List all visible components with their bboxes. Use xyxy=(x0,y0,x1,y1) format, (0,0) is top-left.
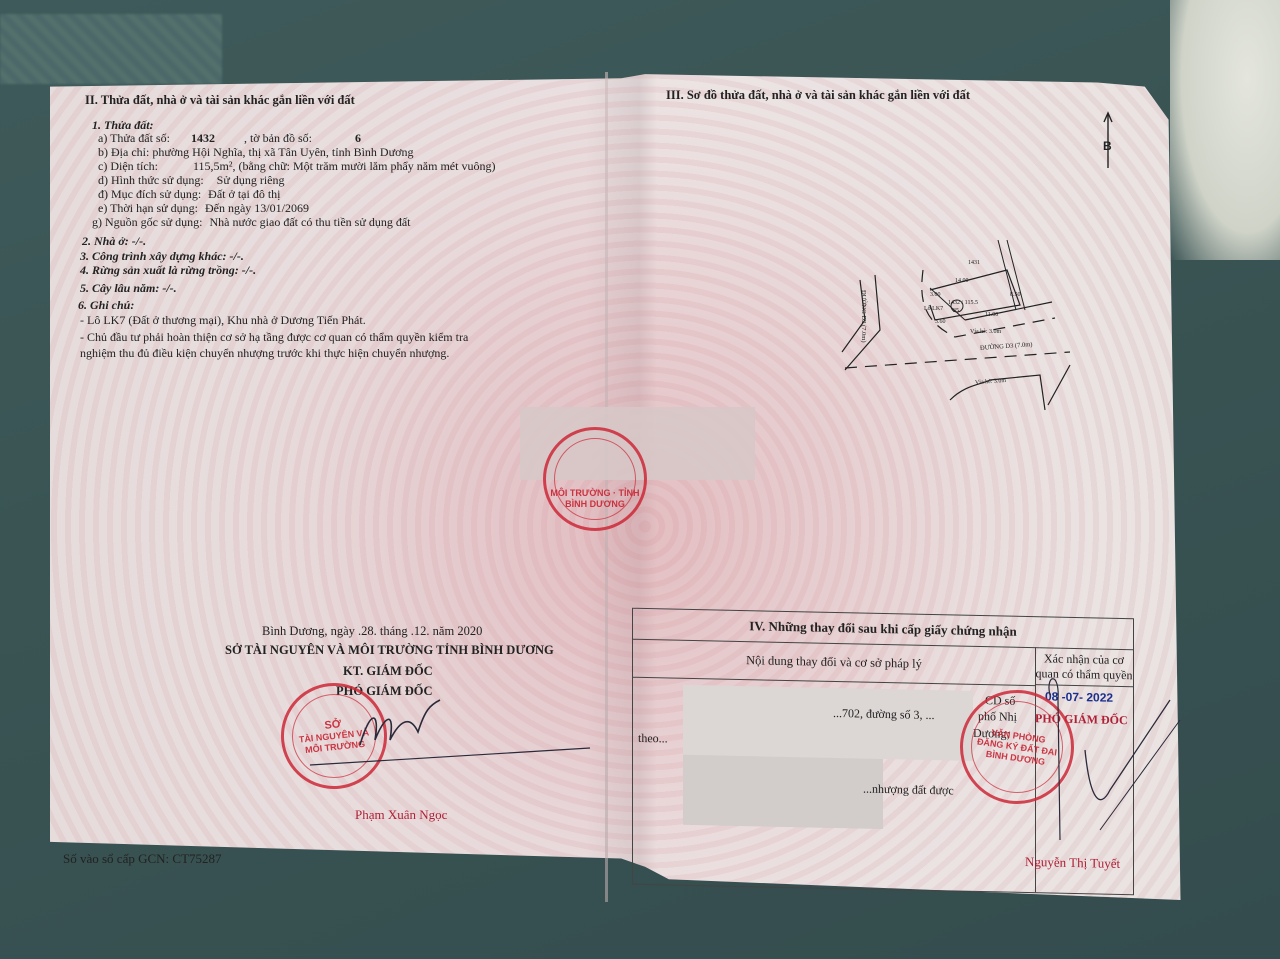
content-fragment-transfer: ...nhượng đất được xyxy=(863,782,954,798)
north-label: B xyxy=(1103,139,1112,153)
address-value: phường Hội Nghĩa, thị xã Tân Uyên, tỉnh … xyxy=(152,145,413,159)
dim-left: 3.00 xyxy=(930,288,941,302)
redacted-region xyxy=(0,14,222,84)
house-item: 2. Nhà ở: -/-. xyxy=(82,234,146,248)
place-date: Bình Dương, ngày .28. tháng .12. năm 202… xyxy=(262,624,482,638)
content-fragment-theo: theo... xyxy=(638,731,668,746)
neighbor-parcel: 1431 xyxy=(968,256,980,270)
signer-role-1: KT. GIÁM ĐỐC xyxy=(343,664,433,678)
dim-bottom: 11.00 xyxy=(985,308,998,322)
parcel-heading: 1. Thửa đất: xyxy=(92,118,154,132)
address-row: b) Địa chỉ: phường Hội Nghĩa, thị xã Tân… xyxy=(98,145,413,159)
center-stamp: MÔI TRƯỜNG · TỈNH BÌNH DƯƠNG xyxy=(543,427,647,531)
sidewalk-label: Vỉa hè: 3.0m xyxy=(970,325,1001,339)
note-line-3: nghiệm thu đủ điều kiện chuyển nhượng tr… xyxy=(80,346,449,360)
confirm-signature-scribble xyxy=(1030,660,1190,860)
area-row: c) Diện tích: 115,5m², (bằng chữ: Một tr… xyxy=(98,159,495,173)
sidewalk-label-2: Vỉa hè: 3.0m xyxy=(975,374,1007,390)
other-construction-item: 3. Công trình xây dựng khác: -/-. xyxy=(80,249,244,263)
dim-top: 14.00 xyxy=(955,274,969,288)
road-d2-label: ĐƯỜNG D2 (7.0m) xyxy=(856,290,870,343)
section-iii-title: III. Sơ đồ thửa đất, nhà ở và tài sản kh… xyxy=(666,88,970,102)
parcel-num: 35 xyxy=(953,304,959,318)
parcel-number-row: a) Thửa đất số: 1432 , tờ bản đồ số: 6 xyxy=(98,131,361,145)
redacted-content-2 xyxy=(683,755,883,829)
col-content-header: Nội dung thay đổi và cơ sở pháp lý xyxy=(633,639,1035,686)
dim-right: 8.50 xyxy=(1010,288,1021,302)
use-purpose-row: đ) Mục đích sử dụng: Đất ở tại đô thị xyxy=(98,187,281,201)
section-ii-title: II. Thửa đất, nhà ở và tài sản khác gắn … xyxy=(85,93,355,107)
forest-item: 4. Rừng sản xuất là rừng trồng: -/-. xyxy=(80,263,256,277)
dim-corner: 3.60 xyxy=(935,315,946,329)
redacted-content-1 xyxy=(683,685,973,761)
origin-row: g) Nguồn gốc sử dụng: Nhà nước giao đất … xyxy=(92,215,410,229)
registry-number: Số vào sổ cấp GCN: CT75287 xyxy=(63,852,222,866)
perennial-item: 5. Cây lâu năm: -/-. xyxy=(80,281,177,295)
area-value: 115,5m², (bằng chữ: Một trăm mười lăm ph… xyxy=(193,159,495,173)
parcel-number: 1432 xyxy=(191,131,215,145)
note-line-2: - Chủ đầu tư phải hoàn thiện cơ sở hạ tầ… xyxy=(80,330,468,344)
content-fragment-address: ...702, đường số 3, ... xyxy=(833,706,935,722)
use-form-row: d) Hình thức sử dụng: Sử dụng riêng xyxy=(98,173,285,187)
issuing-agency: SỞ TÀI NGUYÊN VÀ MÔI TRƯỜNG TỈNH BÌNH DƯ… xyxy=(225,643,554,657)
lot-label: Lô LK7 xyxy=(924,302,943,316)
notes-heading: 6. Ghi chú: xyxy=(78,298,134,312)
use-term-row: e) Thời hạn sử dụng: Đến ngày 13/01/2069 xyxy=(98,201,309,215)
background-fabric xyxy=(1170,0,1280,260)
signature-scribble xyxy=(300,690,600,770)
map-sheet-number: 6 xyxy=(355,131,361,145)
left-signer-name: Phạm Xuân Ngọc xyxy=(355,808,447,822)
note-line-1: - Lô LK7 (Đất ở thương mại), Khu nhà ở D… xyxy=(80,313,366,327)
